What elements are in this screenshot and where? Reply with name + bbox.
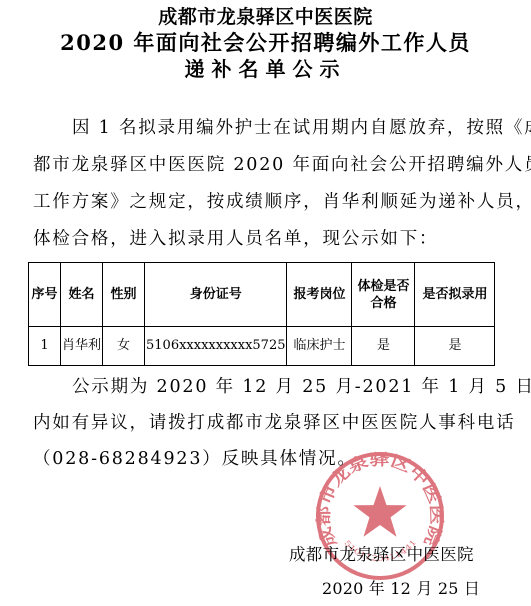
- column-header-physical-pass: 体检是否合格: [352, 263, 415, 327]
- signature-org: 成都市龙泉驿区中医医院: [289, 541, 474, 565]
- announcement-document: 成都市龙泉驿区中医医院 2020 年面向社会公开招聘编外工作人员 递补名单公示 …: [0, 0, 531, 606]
- document-title: 成都市龙泉驿区中医医院 2020 年面向社会公开招聘编外工作人员 递补名单公示: [0, 4, 531, 82]
- cell-physical-pass: 是: [352, 327, 415, 366]
- paragraph-line: 因 1 名拟录用编外护士在试用期内自愿放弃，按照《成: [33, 110, 503, 147]
- intro-paragraph: 因 1 名拟录用编外护士在试用期内自愿放弃，按照《成 都市龙泉驿区中医医院 20…: [33, 110, 503, 258]
- column-header-gender: 性别: [103, 263, 145, 327]
- cell-seq: 1: [29, 327, 61, 366]
- paragraph-line: 内如有异议，请拨打成都市龙泉驿区中医医院人事科电话: [33, 405, 503, 441]
- column-header-seq: 序号: [29, 263, 61, 327]
- cell-to-be-hired: 是: [415, 327, 495, 366]
- paragraph-line: （028-68284923）反映具体情况。: [33, 441, 503, 477]
- star-icon: [353, 486, 406, 537]
- cell-gender: 女: [103, 327, 145, 366]
- recruitment-table: 序号 姓名 性别 身份证号 报考岗位 体检是否合格 是否拟录用 1 肖华利 女 …: [28, 262, 495, 366]
- title-line-1: 成都市龙泉驿区中医医院: [0, 4, 531, 30]
- cell-id-number: 5106xxxxxxxxxx5725: [145, 327, 287, 366]
- signature-date: 2020 年 12 月 25 日: [322, 576, 480, 599]
- table-row: 1 肖华利 女 5106xxxxxxxxxx5725 临床护士 是 是: [29, 327, 495, 366]
- column-header-name: 姓名: [61, 263, 103, 327]
- column-header-id-number: 身份证号: [145, 263, 287, 327]
- column-header-to-be-hired: 是否拟录用: [415, 263, 495, 327]
- paragraph-line: 工作方案》之规定，按成绩顺序，肖华利顺延为递补人员，: [33, 184, 503, 221]
- cell-position: 临床护士: [287, 327, 352, 366]
- title-line-3: 递补名单公示: [0, 56, 531, 82]
- paragraph-line: 公示期为 2020 年 12 月 25 月-2021 年 1 月 5 日，公示期: [33, 369, 503, 405]
- publicity-period-paragraph: 公示期为 2020 年 12 月 25 月-2021 年 1 月 5 日，公示期…: [33, 369, 503, 477]
- paragraph-line: 都市龙泉驿区中医医院 2020 年面向社会公开招聘编外人员: [33, 147, 503, 184]
- table-header-row: 序号 姓名 性别 身份证号 报考岗位 体检是否合格 是否拟录用: [29, 263, 495, 327]
- title-line-2: 2020 年面向社会公开招聘编外工作人员: [0, 30, 531, 56]
- paragraph-line: 体检合格，进入拟录用人员名单，现公示如下：: [33, 221, 503, 258]
- column-header-position: 报考岗位: [287, 263, 352, 327]
- cell-name: 肖华利: [61, 327, 103, 366]
